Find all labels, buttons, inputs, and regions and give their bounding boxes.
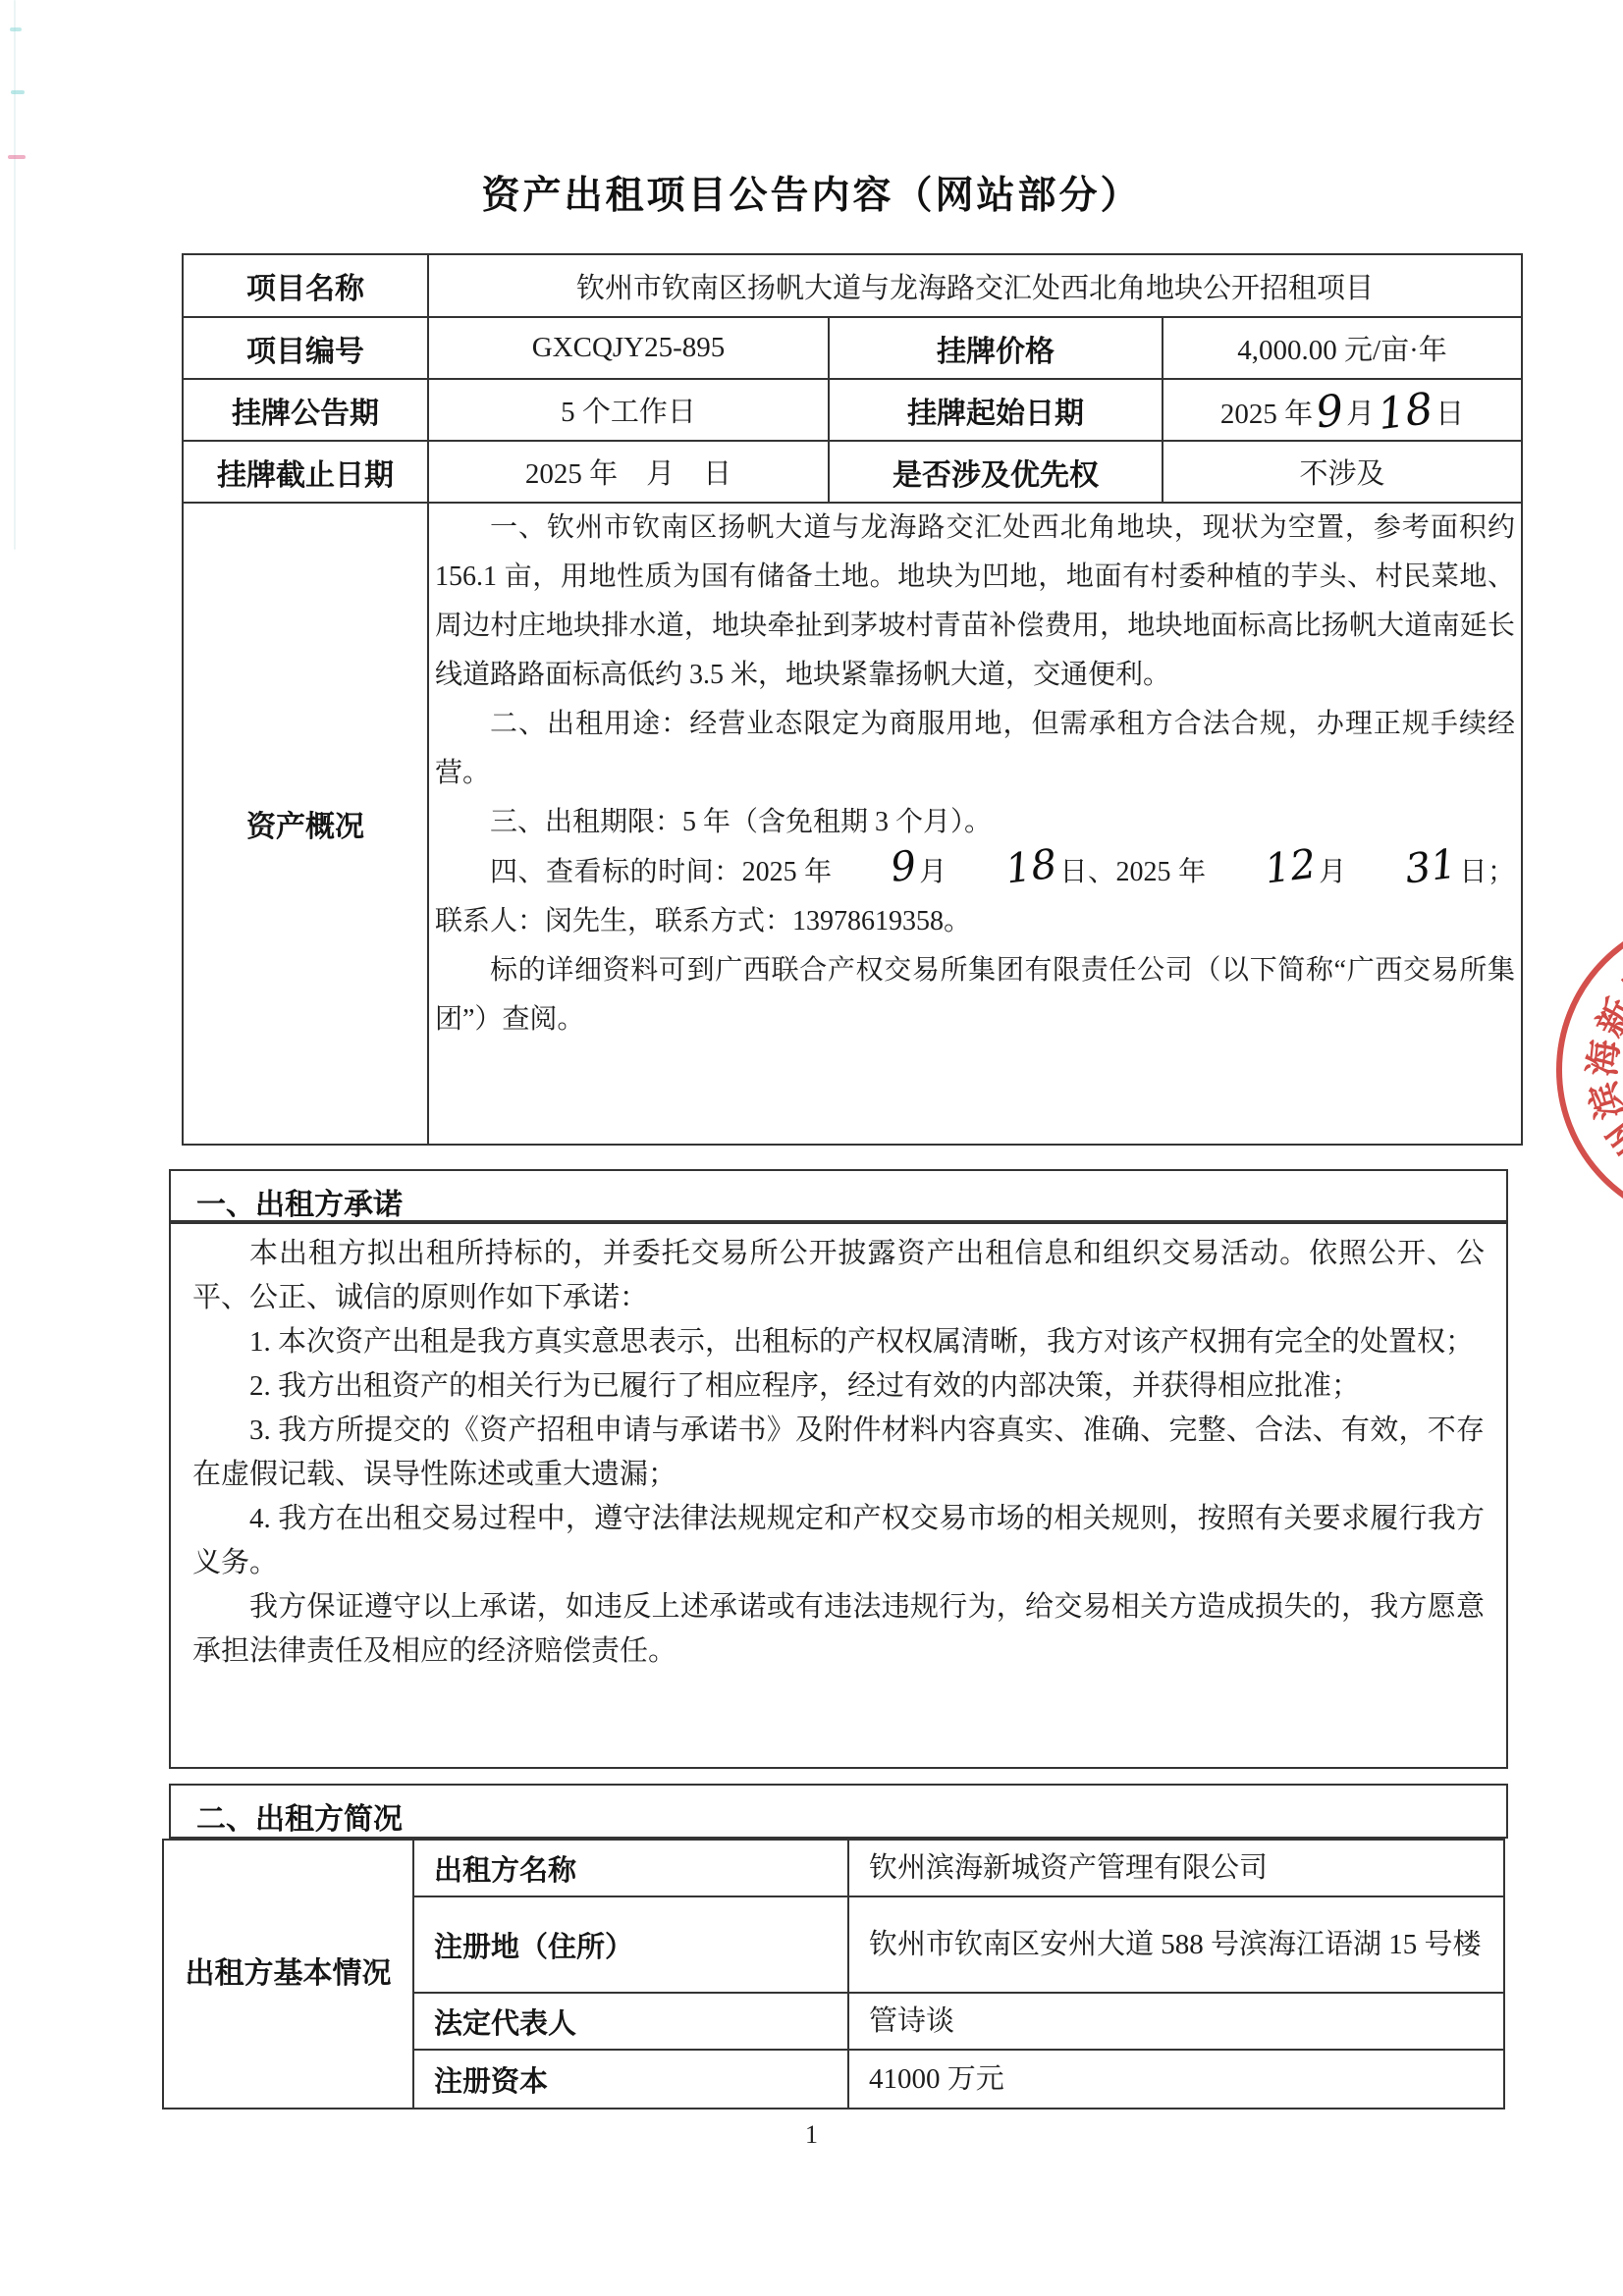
registered-address-value: 钦州市钦南区安州大道 588 号滨海江语湖 15 号楼 [848, 1896, 1504, 1993]
asset-overview-label: 资产概况 [183, 503, 428, 1145]
registered-address-label: 注册地（住所） [413, 1896, 848, 1993]
commitment-item-3: 3. 我方所提交的《资产招租申请与承诺书》及附件材料内容真实、准确、完整、合法、… [192, 1409, 1485, 1497]
listing-price-label: 挂牌价格 [829, 317, 1163, 379]
end-date-row: 挂牌截止日期 2025 年 月 日 是否涉及优先权 不涉及 [183, 441, 1522, 503]
end-date-value: 2025 年 月 日 [428, 441, 829, 503]
priority-right-value: 不涉及 [1163, 441, 1522, 503]
section2-heading: 二、出租方简况 [169, 1784, 1508, 1839]
lessor-name-value: 钦州滨海新城资产管理有限公司 [848, 1840, 1504, 1896]
view-time-text: 月 [1319, 857, 1347, 887]
handwritten-month-1: 9 [831, 845, 921, 895]
notice-period-row: 挂牌公告期 5 个工作日 挂牌起始日期 2025 年9月18日 [183, 379, 1522, 441]
start-date-year: 2025 年 [1220, 399, 1313, 430]
priority-right-label: 是否涉及优先权 [829, 441, 1163, 503]
overview-paragraph-4: 四、查看标的时间：2025 年9月18日、2025 年12月31日；联系人：闵先… [435, 847, 1515, 946]
handwritten-month-2: 12 [1205, 843, 1321, 897]
handwritten-day-2: 31 [1345, 843, 1461, 897]
start-date-month-char: 月 [1346, 399, 1375, 430]
handwritten-month: 9 [1311, 389, 1349, 436]
section1-heading: 一、出租方承诺 [169, 1169, 1508, 1222]
commitment-item-1: 1. 本次资产出租是我方真实意思表示，出租标的产权权属清晰，我方对该产权拥有完全… [192, 1320, 1485, 1364]
document-title: 资产出租项目公告内容（网站部分） [0, 165, 1623, 220]
overview-paragraph-2: 二、出租用途：经营业态限定为商服用地，但需承租方合法合规，办理正规手续经营。 [435, 700, 1515, 798]
start-date-day-char: 日 [1435, 399, 1464, 430]
view-time-text: 四、查看标的时间：2025 年 [490, 857, 833, 887]
notice-period-label: 挂牌公告期 [183, 379, 428, 441]
view-time-text: 日、2025 年 [1059, 857, 1207, 887]
registered-capital-label: 注册资本 [413, 2050, 848, 2109]
end-date-label: 挂牌截止日期 [183, 441, 428, 503]
project-name-value: 钦州市钦南区扬帆大道与龙海路交汇处西北角地块公开招租项目 [428, 254, 1522, 317]
overview-paragraph-5: 标的详细资料可到广西联合产权交易所集团有限责任公司（以下简称“广西交易所集团”）… [435, 946, 1515, 1044]
lessor-info-table: 出租方基本情况 出租方名称 钦州滨海新城资产管理有限公司 注册地（住所） 钦州市… [162, 1839, 1505, 2109]
listing-price-value: 4,000.00 元/亩·年 [1163, 317, 1522, 379]
commitment-item-2: 2. 我方出租资产的相关行为已履行了相应程序，经过有效的内部决策，并获得相应批准… [192, 1364, 1485, 1409]
project-info-table: 项目名称 钦州市钦南区扬帆大道与龙海路交汇处西北角地块公开招租项目 项目编号 G… [182, 253, 1523, 1146]
view-time-text: 月 [919, 857, 947, 887]
legal-representative-value: 管诗谈 [848, 1993, 1504, 2050]
lessor-name-label: 出租方名称 [413, 1840, 848, 1896]
asset-overview-row: 资产概况 一、钦州市钦南区扬帆大道与龙海路交汇处西北角地块，现状为空置，参考面积… [183, 503, 1522, 1145]
legal-representative-label: 法定代表人 [413, 1993, 848, 2050]
project-name-label: 项目名称 [183, 254, 428, 317]
project-number-label: 项目编号 [183, 317, 428, 379]
start-date-label: 挂牌起始日期 [829, 379, 1163, 441]
scan-artifact-dash [8, 155, 26, 159]
page-number: 1 [0, 2120, 1623, 2150]
lessor-group-label: 出租方基本情况 [163, 1840, 413, 2109]
commitment-closing: 我方保证遵守以上承诺，如违反上述承诺或有违法违规行为，给交易相关方造成损失的，我… [192, 1585, 1485, 1674]
lessor-name-row: 出租方基本情况 出租方名称 钦州滨海新城资产管理有限公司 [163, 1840, 1504, 1896]
project-name-row: 项目名称 钦州市钦南区扬帆大道与龙海路交汇处西北角地块公开招租项目 [183, 254, 1522, 317]
scan-artifact-line [14, 0, 16, 550]
commitment-intro: 本出租方拟出租所持标的，并委托交易所公开披露资产出租信息和组织交易活动。依照公开… [192, 1232, 1485, 1320]
registered-capital-value: 41000 万元 [848, 2050, 1504, 2109]
handwritten-day-1: 18 [946, 843, 1061, 897]
document-page: 资产出租项目公告内容（网站部分） 项目名称 钦州市钦南区扬帆大道与龙海路交汇处西… [0, 0, 1623, 2296]
scan-artifact-dash [10, 27, 22, 31]
overview-paragraph-1: 一、钦州市钦南区扬帆大道与龙海路交汇处西北角地块，现状为空置，参考面积约 156… [435, 504, 1515, 700]
project-number-row: 项目编号 GXCQJY25-895 挂牌价格 4,000.00 元/亩·年 [183, 317, 1522, 379]
notice-period-value: 5 个工作日 [428, 379, 829, 441]
handwritten-day: 18 [1373, 387, 1438, 437]
overview-paragraph-3: 三、出租期限：5 年（含免租期 3 个月）。 [435, 798, 1515, 847]
project-number-value: GXCQJY25-895 [428, 317, 829, 379]
section1-body: 本出租方拟出租所持标的，并委托交易所公开披露资产出租信息和组织交易活动。依照公开… [169, 1222, 1508, 1769]
commitment-item-4: 4. 我方在出租交易过程中，遵守法律法规规定和产权交易市场的相关规则，按照有关要… [192, 1497, 1485, 1585]
asset-overview-content: 一、钦州市钦南区扬帆大道与龙海路交汇处西北角地块，现状为空置，参考面积约 156… [428, 503, 1522, 1145]
scan-artifact-dash [11, 90, 25, 94]
start-date-value: 2025 年9月18日 [1163, 379, 1522, 441]
